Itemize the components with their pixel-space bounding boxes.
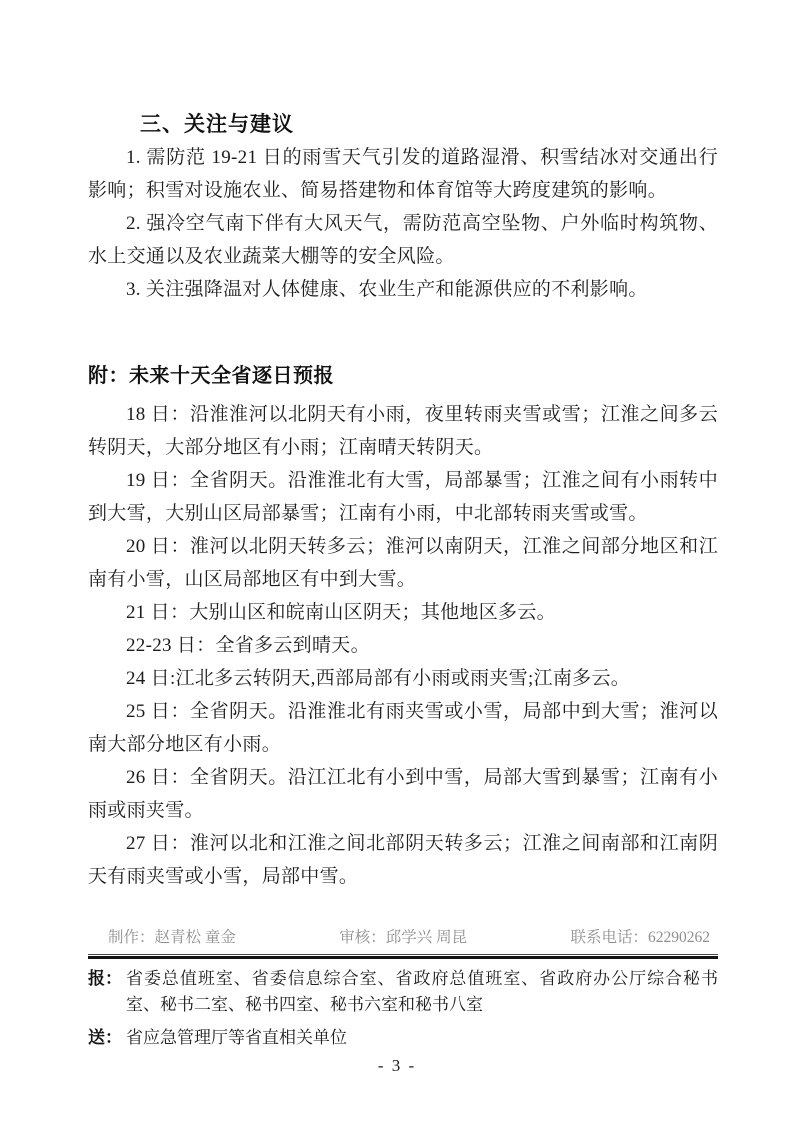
report-distribution-row: 报： 省委总值班室、省委信息综合室、省政府总值班室、省政府办公厅综合秘书室、秘书… (88, 966, 718, 1018)
report-recipients: 省委总值班室、省委信息综合室、省政府总值班室、省政府办公厅综合秘书室、秘书二室、… (126, 966, 718, 1018)
footer-divider (88, 954, 718, 959)
section-title: 三、关注与建议 (88, 108, 718, 141)
reviewed-by: 审核：邱学兴 周昆 (339, 927, 467, 949)
document-page: 三、关注与建议 1. 需防范 19-21 日的雨雪天气引发的道路湿滑、积雪结冰对… (0, 0, 794, 1122)
forecast-day-22-23: 22-23 日：全省多云到晴天。 (88, 629, 718, 662)
send-recipients: 省应急管理厅等省直相关单位 (126, 1025, 347, 1051)
report-label: 报： (88, 966, 122, 992)
advisory-paragraph-3: 3. 关注强降温对人体健康、农业生产和能源供应的不利影响。 (88, 273, 718, 306)
page-number: - 3 - (0, 1056, 794, 1076)
forecast-day-26: 26 日：全省阴天。沿江江北有小到中雪，局部大雪到暴雪；江南有小雨或雨夹雪。 (88, 761, 718, 827)
forecast-day-20: 20 日：淮河以北阴天转多云；淮河以南阴天，江淮之间部分地区和江南有小雪，山区局… (88, 530, 718, 596)
produced-by: 制作：赵青松 童金 (108, 927, 236, 949)
forecast-day-19: 19 日：全省阴天。沿淮淮北有大雪，局部暴雪；江淮之间有小雨转中到大雪，大别山区… (88, 464, 718, 530)
advisory-paragraph-2: 2. 强冷空气南下伴有大风天气，需防范高空坠物、户外临时构筑物、水上交通以及农业… (88, 207, 718, 273)
forecast-day-18: 18 日：沿淮淮河以北阴天有小雨，夜里转雨夹雪或雪；江淮之间多云转阴天，大部分地… (88, 398, 718, 464)
forecast-day-25: 25 日：全省阴天。沿淮淮北有雨夹雪或小雪，局部中到大雪；淮河以南大部分地区有小… (88, 695, 718, 761)
send-distribution-row: 送： 省应急管理厅等省直相关单位 (88, 1025, 718, 1051)
document-content: 三、关注与建议 1. 需防范 19-21 日的雨雪天气引发的道路湿滑、积雪结冰对… (88, 108, 718, 1051)
contact-phone: 联系电话：62290262 (570, 927, 710, 949)
forecast-day-24: 24 日:江北多云转阴天,西部局部有小雨或雨夹雪;江南多云。 (88, 662, 718, 695)
attachment-title: 附：未来十天全省逐日预报 (88, 360, 718, 393)
forecast-day-27: 27 日：淮河以北和江淮之间北部阴天转多云；江淮之间南部和江南阴天有雨夹雪或小雪… (88, 827, 718, 893)
send-label: 送： (88, 1025, 122, 1051)
advisory-paragraph-1: 1. 需防范 19-21 日的雨雪天气引发的道路湿滑、积雪结冰对交通出行影响；积… (88, 141, 718, 207)
forecast-day-21: 21 日：大别山区和皖南山区阴天；其他地区多云。 (88, 596, 718, 629)
credits-row: 制作：赵青松 童金 审核：邱学兴 周昆 联系电话：62290262 (88, 927, 718, 949)
